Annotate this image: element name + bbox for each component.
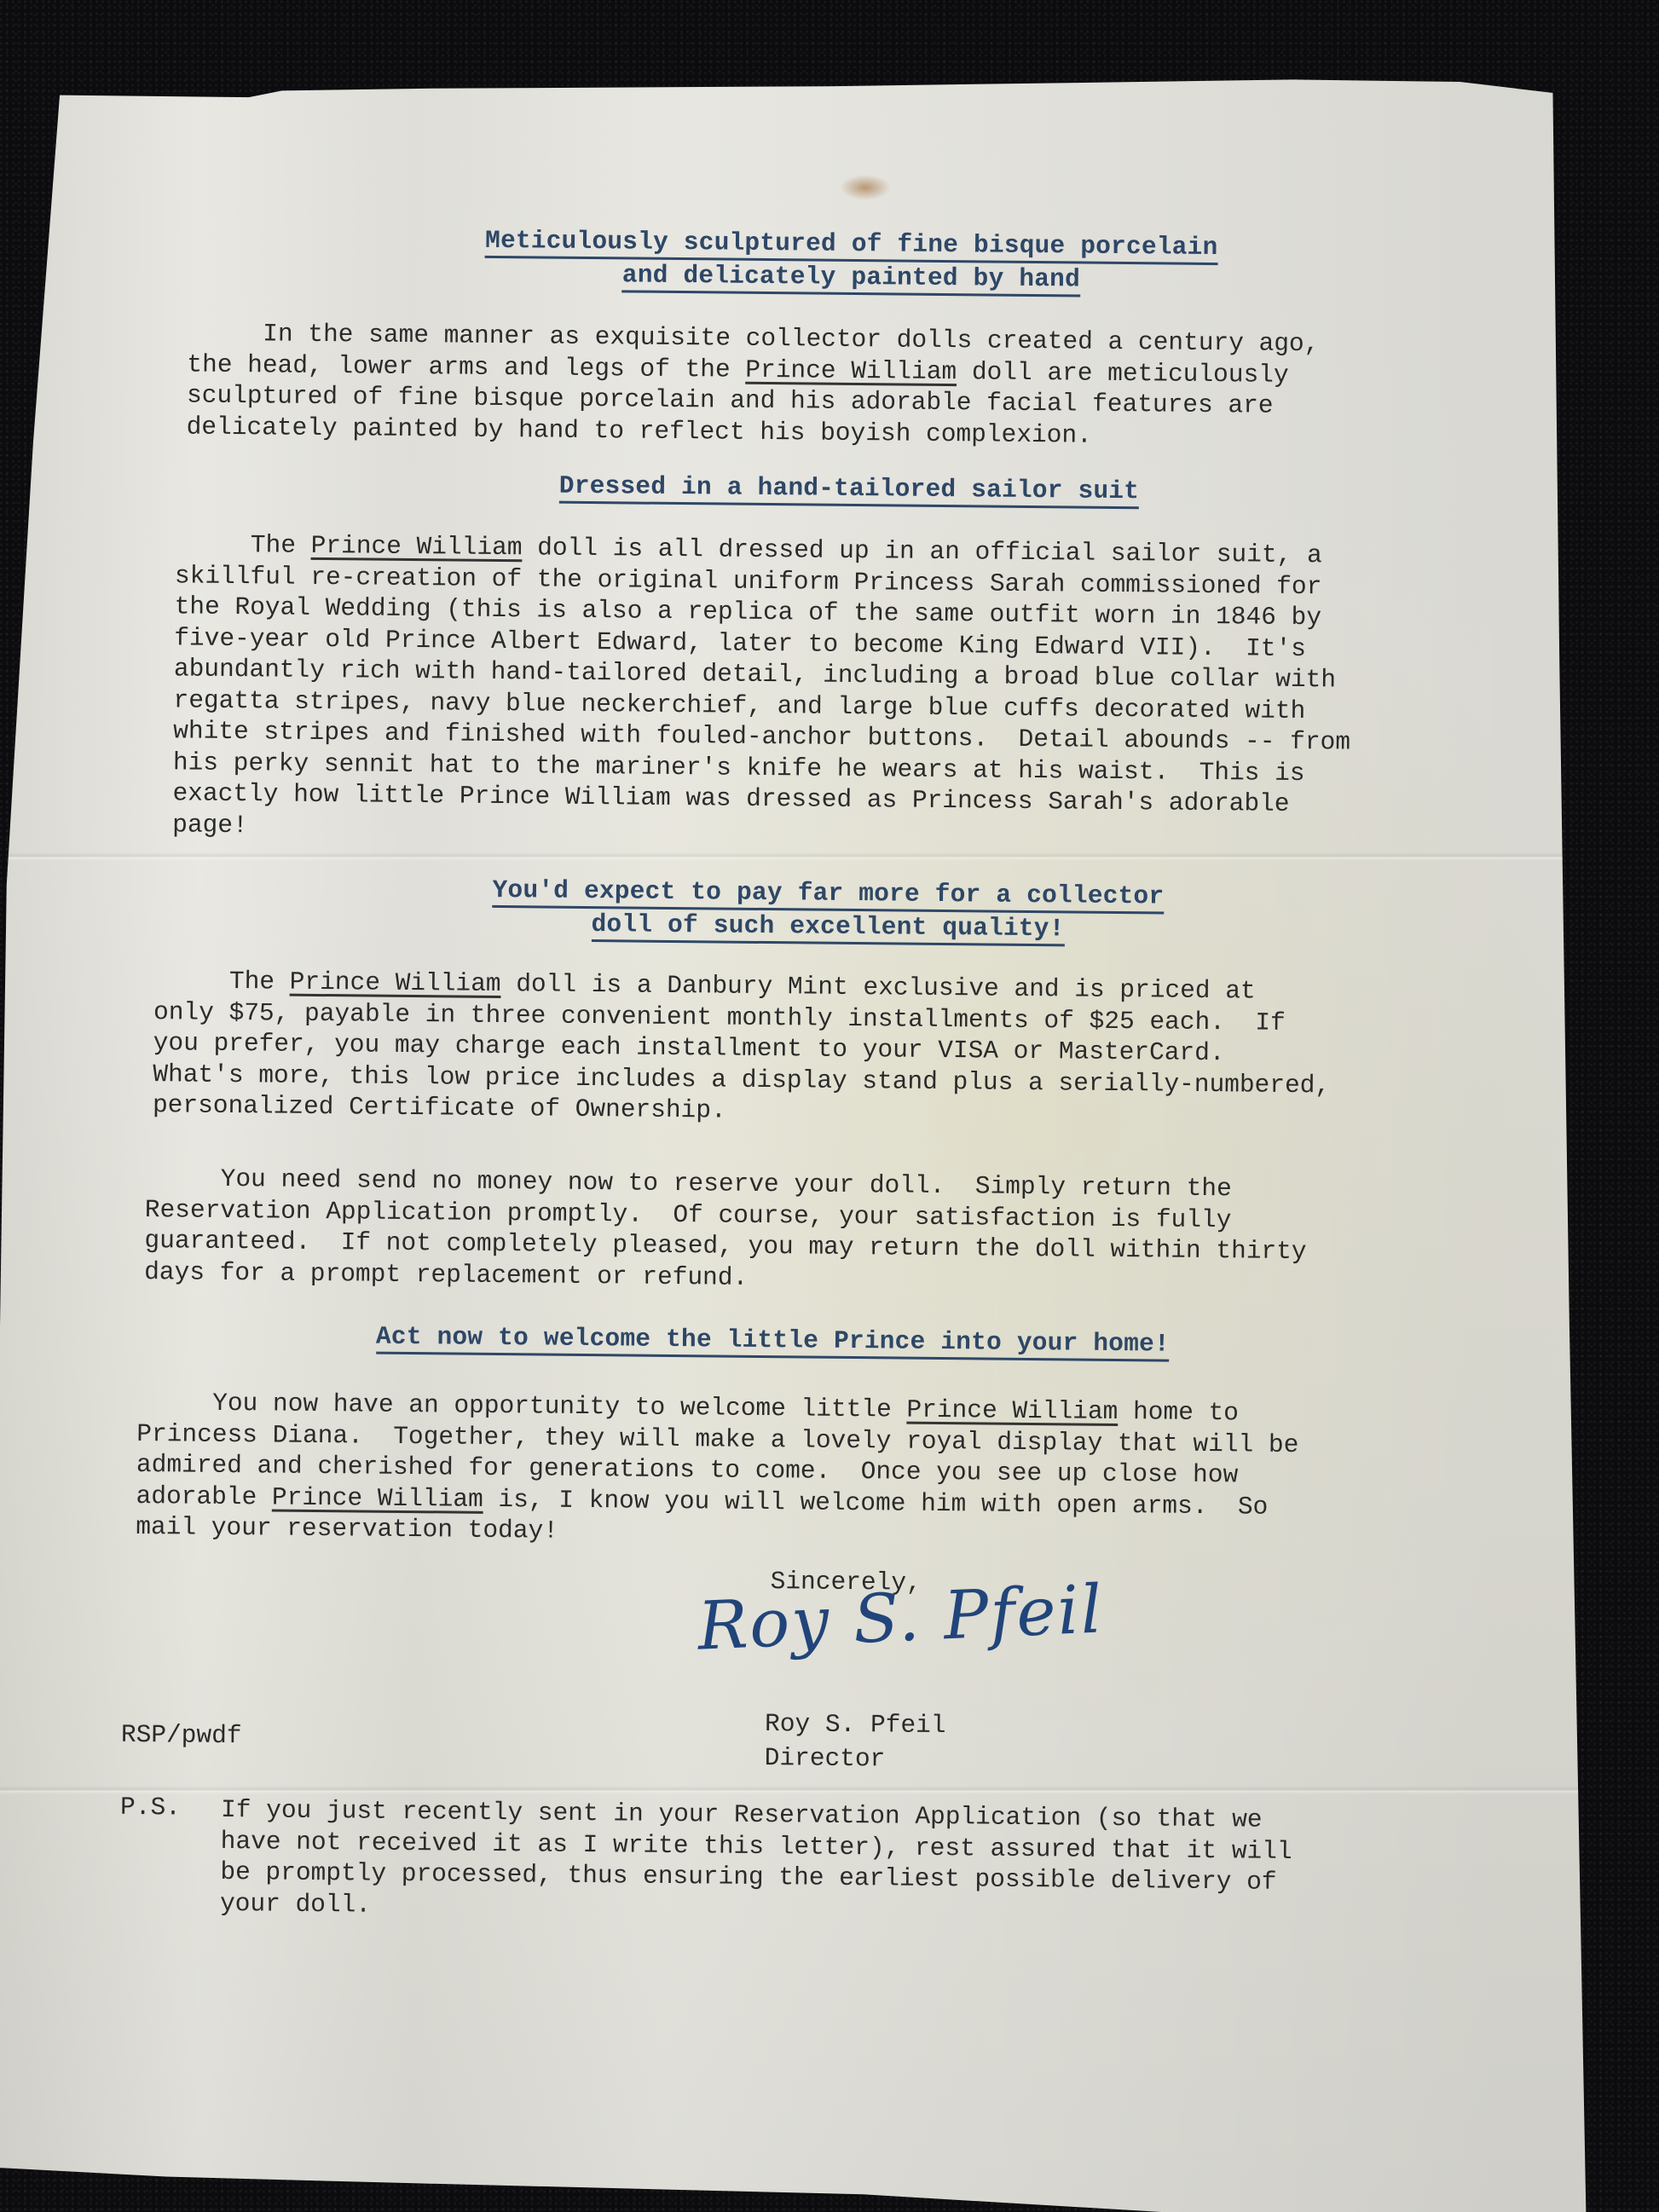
- paragraph-no-money: You need send no money now to reserve yo…: [144, 1163, 1307, 1298]
- signer-name: Roy S. Pfeil: [765, 1708, 946, 1741]
- heading-line: and delicately painted by hand: [622, 260, 1080, 297]
- section-heading-porcelain: Meticulously sculptured of fine bisque p…: [348, 223, 1355, 299]
- heading-line: doll of such excellent quality!: [591, 910, 1064, 946]
- paragraph-price: The Prince William doll is a Danbury Min…: [153, 965, 1332, 1132]
- paper-fold-crease: [0, 852, 1659, 861]
- ps-label: P.S.: [120, 1792, 181, 1823]
- underlined-product-name: Prince William: [745, 355, 957, 385]
- underlined-product-name: Prince William: [272, 1482, 483, 1513]
- underlined-product-name: Prince William: [290, 967, 501, 998]
- rust-stain: [840, 175, 891, 200]
- handwritten-signature: Roy S. Pfeil: [697, 1594, 1104, 1643]
- paragraph-porcelain: In the same manner as exquisite collecto…: [187, 317, 1320, 453]
- paragraph-welcome: You now have an opportunity to welcome l…: [136, 1387, 1299, 1554]
- heading-line: You'd expect to pay far more for a colle…: [492, 875, 1164, 915]
- ps-text: If you just recently sent in your Reserv…: [220, 1794, 1292, 1929]
- letter-body: Meticulously sculptured of fine bisque p…: [10, 0, 1659, 8]
- underlined-product-name: Prince William: [906, 1395, 1118, 1426]
- section-heading-price: You'd expect to pay far more for a colle…: [325, 873, 1332, 949]
- signer-title: Director: [765, 1742, 886, 1775]
- reference-initials: RSP/pwdf: [121, 1719, 242, 1752]
- underlined-product-name: Prince William: [311, 531, 523, 562]
- paper-fold-crease: [0, 1786, 1659, 1794]
- paragraph-sailor-suit: The Prince William doll is all dressed u…: [172, 528, 1352, 851]
- heading-line: Dressed in a hand-tailored sailor suit: [559, 471, 1140, 510]
- heading-line: Meticulously sculptured of fine bisque p…: [485, 226, 1218, 265]
